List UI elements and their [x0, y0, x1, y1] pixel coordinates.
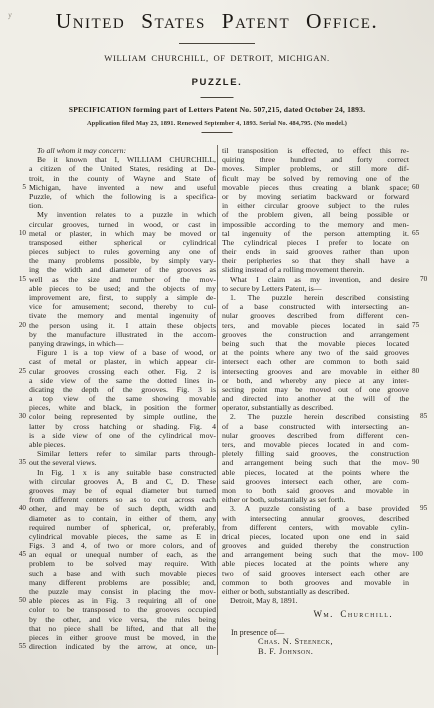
- margin-line-number: 80: [412, 367, 430, 376]
- line-text: vice for amusement; second, thereby to c…: [29, 302, 216, 311]
- text-line: Similar letters refer to similar parts t…: [29, 449, 216, 458]
- text-line: of the problem given, all being possible…: [222, 210, 409, 219]
- text-line: secting point may be moved out of one gr…: [222, 385, 409, 394]
- line-text: direction indicated by the arrow, at onc…: [29, 642, 216, 651]
- line-text: sliding instead of a rolling movement th…: [222, 265, 364, 274]
- line-text: Puzzle, of which the following is a spec…: [29, 192, 216, 201]
- margin-line-number: 45: [9, 550, 26, 559]
- margin-line-number: 10: [9, 229, 26, 238]
- line-text: drical pieces, located upon one end in s…: [222, 532, 409, 541]
- text-line: 55direction indicated by the arrow, at o…: [29, 642, 216, 651]
- line-text: well as the size and number of the mov-: [29, 275, 216, 284]
- line-text: problem to be solved may require. With: [29, 559, 216, 568]
- line-text: latter by cross hatching or shading. Fig…: [29, 422, 216, 431]
- margin-line-number: 40: [9, 504, 26, 513]
- margin-line-number: 15: [9, 275, 26, 284]
- text-line: or by moving seriatim backward or forwar…: [222, 192, 409, 201]
- line-text: pieces subject to rules governing any on…: [29, 247, 216, 256]
- text-line: by the manufacture illustrated in the ac…: [29, 330, 216, 339]
- text-line: and directed into another at the will of…: [222, 394, 409, 403]
- line-text: and arrangement being such that the mov-: [222, 458, 409, 467]
- text-line: two of said grooves intersect each other…: [222, 569, 409, 578]
- line-text: ficult may be solved by removing one of …: [222, 174, 409, 183]
- text-line: a top view of the same showing movable: [29, 394, 216, 403]
- text-line: the puzzle may consist in placing the mo…: [29, 587, 216, 596]
- line-text: to secure by Letters Patent, is—: [222, 284, 322, 293]
- text-line: 75ters, and movable pieces located in sa…: [222, 321, 409, 330]
- line-text: tion.: [29, 201, 43, 210]
- line-text: a citizen of the United States, residing…: [29, 164, 216, 173]
- line-text: able pieces, located at the points where…: [222, 468, 409, 477]
- text-line: pieces, white and black, in position the…: [29, 403, 216, 412]
- text-line: 25cular grooves crossing each other. Fig…: [29, 367, 216, 376]
- text-line: dicating the depth of the grooves. Fig. …: [29, 385, 216, 394]
- text-line: being such that the movable pieces locat…: [222, 339, 409, 348]
- witness-name: B. F. Johnson.: [222, 647, 409, 656]
- text-line: able pieces, located at the points where…: [222, 468, 409, 477]
- text-line: is a side view of one of the cylindrical…: [29, 431, 216, 440]
- line-text: able pieces located at the points where …: [222, 559, 409, 568]
- margin-line-number: 50: [9, 596, 26, 605]
- text-line: 60movable pieces thus creating a blank s…: [222, 183, 409, 192]
- text-line: ficult may be solved by removing one of …: [222, 174, 409, 183]
- divider-rule: [202, 132, 233, 133]
- application-line: Application filed May 23, 1891. Renewed …: [0, 120, 434, 127]
- text-line: 65tal ingenuity of the person attempting…: [222, 229, 409, 238]
- line-text: troit, in the county of Wayne and State …: [29, 174, 216, 183]
- line-text: with intersecting annular grooves, descr…: [222, 514, 409, 523]
- text-line: Puzzle, of which the following is a spec…: [29, 192, 216, 201]
- line-text: pieces, white and black, in position the…: [29, 403, 216, 412]
- text-line: impossible according to the memory and m…: [222, 220, 409, 229]
- inventor-signature: Wm. Churchill.: [222, 609, 409, 619]
- margin-line-number: 65: [412, 229, 430, 238]
- patent-office-heading: United States Patent Office.: [0, 9, 434, 34]
- text-line: from different centers, with movable cyl…: [222, 523, 409, 532]
- line-text: In Fig. 1 x is any suitable base constru…: [37, 468, 216, 477]
- text-line: grooves and guided thereby the construct…: [222, 541, 409, 550]
- text-line: 953. A puzzle consisting of a base provi…: [222, 504, 409, 513]
- text-line: a side view of the same the dotted lines…: [29, 376, 216, 385]
- text-line: The cylindrical pieces I prefer to locat…: [222, 238, 409, 247]
- line-text: and directed into another at the will of…: [222, 394, 409, 403]
- left-column: To all whom it may concern:Be it known t…: [29, 146, 216, 651]
- line-text: their ends in said grooves rather than u…: [222, 247, 409, 256]
- text-line: panying drawings, in which—: [29, 339, 216, 348]
- line-text: ing the width and diameter of the groove…: [29, 265, 216, 274]
- line-text: impossible according to the memory and m…: [222, 220, 409, 229]
- column-divider-rule: [217, 145, 218, 655]
- line-text: movable pieces thus creating a blank spa…: [222, 183, 409, 192]
- text-line: many different problems are possible; an…: [29, 578, 216, 587]
- text-line: pieces subject to rules governing any on…: [29, 247, 216, 256]
- line-text: able pieces to be used; and the objects …: [29, 284, 216, 293]
- text-line: quiring three hundred and forty correct: [222, 155, 409, 164]
- text-line: such a base and with such movable pieces: [29, 569, 216, 578]
- text-line: operator, substantially as described.: [222, 403, 409, 412]
- line-text: from different centers so as to cut acro…: [29, 495, 216, 504]
- line-text: til transposition is effected, to effect…: [222, 146, 409, 155]
- text-line: vice for amusement; second, thereby to c…: [29, 302, 216, 311]
- text-line: Figure 1 is a top view of a base of wood…: [29, 348, 216, 357]
- text-line: grooves the construction and arrangement: [222, 330, 409, 339]
- line-text: Be it known that I, WILLIAM CHURCHILL,: [37, 155, 216, 164]
- line-text: grooves and guided thereby the construct…: [222, 541, 409, 550]
- line-text: Similar letters refer to similar parts t…: [37, 449, 216, 458]
- line-text: tivate the memory and mental ingenuity o…: [29, 311, 216, 320]
- margin-line-number: 70: [412, 275, 430, 284]
- line-text: or by moving seriatim backward or forwar…: [222, 192, 409, 201]
- text-line: 70What I claim as my invention, and desi…: [222, 275, 409, 284]
- inventor-line: WILLIAM CHURCHILL, OF DETROIT, MICHIGAN.: [0, 53, 434, 63]
- line-text: able pieces as in Fig. 3 requiring all o…: [29, 596, 216, 605]
- line-text: metal or plaster, in which may be moved …: [29, 229, 216, 238]
- text-line: their peripheries so that they shall hav…: [222, 256, 409, 265]
- margin-line-number: 35: [9, 458, 26, 467]
- text-line: at the points where any two of the said …: [222, 348, 409, 357]
- line-text: pieces in either groove must be moved, i…: [29, 633, 216, 642]
- text-line: My invention relates to a puzzle in whic…: [29, 210, 216, 219]
- text-line: 5Michigan, have invented a new and usefu…: [29, 183, 216, 192]
- text-line: required number of spherical, or, prefer…: [29, 523, 216, 532]
- line-text: To all whom it may concern:: [37, 146, 126, 155]
- text-line: from different centers so as to cut acro…: [29, 495, 216, 504]
- text-line: sliding instead of a rolling movement th…: [222, 265, 409, 274]
- text-line: able pieces located at the points where …: [222, 559, 409, 568]
- text-line: able pieces to be used; and the objects …: [29, 284, 216, 293]
- line-text: from different centers, with movable cyl…: [222, 523, 409, 532]
- text-line: 80intersecting grooves and are movable i…: [222, 367, 409, 376]
- divider-rule: [179, 43, 255, 44]
- line-text: mon to both said grooves and movable in: [222, 486, 409, 495]
- text-line: problem to be solved may require. With: [29, 559, 216, 568]
- text-line: of a base constructed with intersecting …: [222, 302, 409, 311]
- text-line: able pieces.: [29, 440, 216, 449]
- line-text: What I claim as my invention, and desire: [230, 275, 409, 284]
- text-line: by the other, and vice versa, the rules …: [29, 615, 216, 624]
- line-text: grooves may be of equal diameter but tur…: [29, 486, 216, 495]
- patent-document-page: y United States Patent Office. WILLIAM C…: [0, 0, 434, 708]
- line-text: Michigan, have invented a new and useful: [29, 183, 216, 192]
- text-line: 1. The puzzle herein described consistin…: [222, 293, 409, 302]
- text-line: ters, and movable pieces located in and …: [222, 440, 409, 449]
- line-text: 3. A puzzle consisting of a base provide…: [230, 504, 409, 513]
- text-line: 50able pieces as in Fig. 3 requiring all…: [29, 596, 216, 605]
- line-text: the many problems possible, by simply va…: [29, 256, 216, 265]
- text-line: 20the person using it. I attain these ob…: [29, 321, 216, 330]
- line-text: nular grooves described from different c…: [222, 311, 409, 320]
- text-line: cylindrical movable pieces, the same as …: [29, 532, 216, 541]
- text-line: to secure by Letters Patent, is—: [222, 284, 409, 293]
- line-text: a side view of the same the dotted lines…: [29, 376, 216, 385]
- line-text: improvement are, first, to supply a simp…: [29, 293, 216, 302]
- line-text: other, and may be of such depth, width a…: [29, 504, 216, 513]
- text-line: latter by cross hatching or shading. Fig…: [29, 422, 216, 431]
- text-line: a citizen of the United States, residing…: [29, 164, 216, 173]
- text-line: improvement are, first, to supply a simp…: [29, 293, 216, 302]
- margin-line-number: 90: [412, 458, 430, 467]
- line-text: with circular grooves A, B and C, D. The…: [29, 477, 216, 486]
- text-line: 40other, and may be of such depth, width…: [29, 504, 216, 513]
- line-text: being such that the movable pieces locat…: [222, 339, 409, 348]
- witness-intro: In presence of—: [222, 628, 409, 637]
- line-text: at the points where any two of the said …: [222, 348, 409, 357]
- line-text: My invention relates to a puzzle in whic…: [37, 210, 216, 219]
- line-text: by the other, and vice versa, the rules …: [29, 615, 216, 624]
- text-line: To all whom it may concern:: [29, 146, 216, 155]
- line-text: able pieces.: [29, 440, 65, 449]
- line-text: out the several views.: [29, 458, 97, 467]
- line-text: in either circular groove subject to the…: [222, 201, 409, 210]
- line-text: cast of metal or plaster, in which appea…: [29, 357, 216, 366]
- text-line: nular grooves described from different c…: [222, 311, 409, 320]
- text-line: Figs. 3 and 4, of two or more colors, an…: [29, 541, 216, 550]
- line-text: grooves the construction and arrangement: [222, 330, 409, 339]
- line-text: required number of spherical, or, prefer…: [29, 523, 216, 532]
- text-line: 35out the several views.: [29, 458, 216, 467]
- text-line: til transposition is effected, to effect…: [222, 146, 409, 155]
- text-line: either or both, substantially as describ…: [222, 587, 409, 596]
- text-line: Be it known that I, WILLIAM CHURCHILL,: [29, 155, 216, 164]
- text-line: common to both grooves and movable in: [222, 578, 409, 587]
- text-line: said grooves intersect each other, are c…: [222, 477, 409, 486]
- line-text: the puzzle may consist in placing the mo…: [29, 587, 216, 596]
- text-line: Detroit, May 8, 1891.: [222, 596, 409, 605]
- line-text: diameter as to contain, in either of the…: [29, 514, 216, 523]
- line-text: a top view of the same showing movable: [29, 394, 216, 403]
- text-line: 45an equal or unequal number of each, as…: [29, 550, 216, 559]
- margin-line-number: 85: [412, 412, 430, 421]
- text-line: tivate the memory and mental ingenuity o…: [29, 311, 216, 320]
- line-text: Figs. 3 and 4, of two or more colors, an…: [29, 541, 216, 550]
- text-line: mon to both said grooves and movable in: [222, 486, 409, 495]
- line-text: such a base and with such movable pieces: [29, 569, 216, 578]
- line-text: is a side view of one of the cylindrical…: [29, 431, 216, 440]
- line-text: their peripheries so that they shall hav…: [222, 256, 409, 265]
- line-text: intersect each other are common to both …: [222, 357, 409, 366]
- line-text: cular grooves crossing each other. Fig. …: [29, 367, 216, 376]
- text-line: circular grooves, turned in wood, or cas…: [29, 220, 216, 229]
- line-text: by the manufacture illustrated in the ac…: [29, 330, 216, 339]
- text-line: 15well as the size and number of the mov…: [29, 275, 216, 284]
- margin-line-number: 100: [412, 550, 430, 559]
- line-text: transposed either spherical or cylindric…: [29, 238, 216, 247]
- line-text: ters, and movable pieces located in and …: [222, 440, 409, 449]
- text-line: 852. The puzzle herein described consist…: [222, 412, 409, 421]
- text-line: intersect each other are common to both …: [222, 357, 409, 366]
- margin-line-number: 20: [9, 321, 26, 330]
- text-line: with intersecting annular grooves, descr…: [222, 514, 409, 523]
- line-text: secting point may be moved out of one gr…: [222, 385, 409, 394]
- line-text: circular grooves, turned in wood, or cas…: [29, 220, 216, 229]
- divider-rule: [201, 97, 234, 98]
- line-text: an equal or unequal number of each, as t…: [29, 550, 216, 559]
- text-line: 90and arrangement being such that the mo…: [222, 458, 409, 467]
- text-line: the many problems possible, by simply va…: [29, 256, 216, 265]
- line-text: 1. The puzzle herein described consistin…: [230, 293, 409, 302]
- text-line: pieces in either groove must be moved, i…: [29, 633, 216, 642]
- text-line: troit, in the county of Wayne and State …: [29, 174, 216, 183]
- line-text: either or both, substantially as describ…: [222, 587, 350, 596]
- line-text: of the problem given, all being possible…: [222, 210, 409, 219]
- line-text: of a base constructed with intersecting …: [222, 302, 409, 311]
- margin-line-number: 60: [412, 183, 430, 192]
- line-text: color to be transposed to the grooves oc…: [29, 605, 216, 614]
- text-line: their ends in said grooves rather than u…: [222, 247, 409, 256]
- line-text: cylindrical movable pieces, the same as …: [29, 532, 216, 541]
- line-text: panying drawings, in which—: [29, 339, 123, 348]
- text-line: with circular grooves A, B and C, D. The…: [29, 477, 216, 486]
- line-text: that no piece shall be lifted, and that …: [29, 624, 216, 633]
- margin-line-number: 25: [9, 367, 26, 376]
- margin-line-number: 95: [412, 504, 430, 513]
- witness-name: Chas. N. Steeneck,: [222, 637, 409, 646]
- line-text: 2. The puzzle herein described consistin…: [230, 412, 409, 421]
- margin-line-number: 30: [9, 412, 26, 421]
- line-text: color being represented by simple outlin…: [29, 412, 216, 421]
- text-line: 100and arrangement being such that the m…: [222, 550, 409, 559]
- line-text: intersecting grooves and are movable in …: [222, 367, 409, 376]
- line-text: quiring three hundred and forty correct: [222, 155, 409, 164]
- text-line: color to be transposed to the grooves oc…: [29, 605, 216, 614]
- margin-line-number: 55: [9, 642, 26, 651]
- text-line: moves. Simpler problems, or still more d…: [222, 164, 409, 173]
- line-text: ters, and movable pieces located in said: [222, 321, 409, 330]
- line-text: two of said grooves intersect each other…: [222, 569, 409, 578]
- line-text: pletely filling said grooves, the constr…: [222, 449, 409, 458]
- text-line: transposed either spherical or cylindric…: [29, 238, 216, 247]
- line-text: tal ingenuity of the person attempting i…: [222, 229, 409, 238]
- text-line: 30color being represented by simple outl…: [29, 412, 216, 421]
- text-line: in either circular groove subject to the…: [222, 201, 409, 210]
- line-text: or both, and whereby any piece at any in…: [222, 376, 409, 385]
- text-line: or both, and whereby any piece at any in…: [222, 376, 409, 385]
- text-line: 10metal or plaster, in which may be move…: [29, 229, 216, 238]
- line-text: nular grooves described from different c…: [222, 431, 409, 440]
- patent-title: PUZZLE.: [0, 77, 434, 88]
- text-line: grooves may be of equal diameter but tur…: [29, 486, 216, 495]
- line-text: and arrangement being such that the mov-: [222, 550, 409, 559]
- text-line: ing the width and diameter of the groove…: [29, 265, 216, 274]
- margin-line-number: 75: [412, 321, 430, 330]
- specification-line: SPECIFICATION forming part of Letters Pa…: [0, 105, 434, 114]
- text-line: drical pieces, located upon one end in s…: [222, 532, 409, 541]
- line-text: Figure 1 is a top view of a base of wood…: [37, 348, 216, 357]
- text-line: that no piece shall be lifted, and that …: [29, 624, 216, 633]
- margin-line-number: 5: [9, 183, 26, 192]
- line-text: common to both grooves and movable in: [222, 578, 409, 587]
- line-text: dicating the depth of the grooves. Fig. …: [29, 385, 216, 394]
- text-line: pletely filling said grooves, the constr…: [222, 449, 409, 458]
- line-text: either or both, substantially as set for…: [222, 495, 345, 504]
- line-text: The cylindrical pieces I prefer to locat…: [222, 238, 409, 247]
- text-line: In Fig. 1 x is any suitable base constru…: [29, 468, 216, 477]
- text-line: nular grooves described from different c…: [222, 431, 409, 440]
- line-text: said grooves intersect each other, are c…: [222, 477, 409, 486]
- line-text: moves. Simpler problems, or still more d…: [222, 164, 409, 173]
- line-text: many different problems are possible; an…: [29, 578, 216, 587]
- line-text: operator, substantially as described.: [222, 403, 333, 412]
- text-line: tion.: [29, 201, 216, 210]
- right-column: til transposition is effected, to effect…: [222, 146, 409, 656]
- line-text: the person using it. I attain these obje…: [29, 321, 216, 330]
- text-line: diameter as to contain, in either of the…: [29, 514, 216, 523]
- text-line: either or both, substantially as set for…: [222, 495, 409, 504]
- text-line: cast of metal or plaster, in which appea…: [29, 357, 216, 366]
- line-text: Detroit, May 8, 1891.: [230, 596, 298, 605]
- line-text: of a base constructed with intersecting …: [222, 422, 409, 431]
- text-line: of a base constructed with intersecting …: [222, 422, 409, 431]
